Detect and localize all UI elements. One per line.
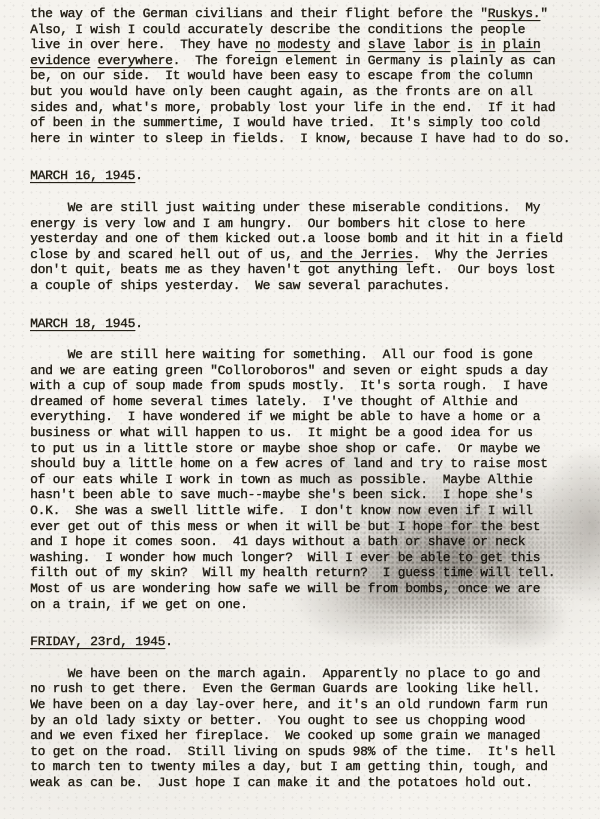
text-line: and we even fixed her fireplace. We cook… [30,728,594,744]
underlined-text: and the Jerries [300,247,413,262]
text-segment: and we are eating green "Colloroboros" a… [30,363,548,378]
text-segment: don't quit, beats me as they haven't got… [30,262,555,277]
underlined-text: evidence [30,53,90,68]
text-segment: We have been on a day lay-over here, and… [30,697,548,712]
text-line: on a train, if we get on one. [30,597,594,613]
underlined-text: Ruskys. [488,6,541,21]
text-line: hasn't been able to save much--maybe she… [30,487,594,503]
underlined-text: slave [368,37,406,52]
text-segment: of been in the summertime, I would have … [30,115,540,130]
text-line: We are still here waiting for something.… [30,347,594,363]
text-line: filth out of my skin? Will my health ret… [30,565,594,581]
text-segment: and [330,37,368,52]
text-segment: no rush to get there. Even the German Gu… [30,681,540,696]
diary-paragraph: We are still just waiting under these mi… [30,200,594,294]
text-line: by an old lady sixty or better. You ough… [30,713,594,729]
text-line: a couple of ships yesterday. We saw seve… [30,278,594,294]
text-line: the way of the German civilians and thei… [30,6,594,22]
text-segment: . [135,316,143,331]
text-line: weak as can be. Just hope I can make it … [30,775,594,791]
text-segment: weak as can be. Just hope I can make it … [30,775,533,790]
text-line: to march ten to twenty miles a day, but … [30,759,594,775]
text-segment: hasn't been able to save much--maybe she… [30,487,533,502]
text-segment: by an old lady sixty or better. You ough… [30,713,525,728]
diary-paragraph: We are still here waiting for something.… [30,347,594,612]
text-segment: on a train, if we get on one. [30,597,248,612]
text-line: energy is very low and I am hungry. Our … [30,216,594,232]
text-line: dreamed of home several times lately. I'… [30,394,594,410]
text-segment: with a cup of soup made from spuds mostl… [30,378,548,393]
text-line: and we are eating green "Colloroboros" a… [30,363,594,379]
text-segment: business or what will happen to us. It m… [30,425,533,440]
text-segment: and we even fixed her fireplace. We cook… [30,728,540,743]
text-segment: of our eats while I work in town as much… [30,472,533,487]
text-segment: live in over here. They have [30,37,255,52]
text-line: here in winter to sleep in fields. I kno… [30,131,594,147]
text-segment: and I hope it comes soon. 41 days withou… [30,534,525,549]
underlined-text: is [458,37,473,52]
text-segment [270,37,278,52]
underlined-text: MARCH 18, 1945 [30,316,135,331]
text-segment: close by and scared hell out of us, [30,247,300,262]
text-line: everything. I have wondered if we might … [30,409,594,425]
text-segment: Also, I wish I could accurately describe… [30,22,525,37]
text-segment: ever get out of this mess or when it wil… [30,519,540,534]
text-segment: . [135,168,143,183]
text-line: ever get out of this mess or when it wil… [30,519,594,535]
text-line: FRIDAY, 23rd, 1945. [30,634,594,650]
text-line: MARCH 16, 1945. [30,168,594,184]
text-line: close by and scared hell out of us, and … [30,247,594,263]
text-segment: here in winter to sleep in fields. I kno… [30,131,570,146]
text-line: be, on our side. It would have been easy… [30,68,594,84]
text-line: and I hope it comes soon. 41 days withou… [30,534,594,550]
text-segment: energy is very low and I am hungry. Our … [30,216,525,231]
document-page: the way of the German civilians and thei… [0,0,600,819]
text-line: MARCH 18, 1945. [30,316,594,332]
text-line: of our eats while I work in town as much… [30,472,594,488]
text-segment: . The foreign element in Germany is plai… [173,53,556,68]
text-line: to get on the road. Still living on spud… [30,744,594,760]
text-segment: filth out of my skin? Will my health ret… [30,565,555,580]
underlined-text: in [480,37,495,52]
text-line: Most of us are wondering how safe we wil… [30,581,594,597]
text-segment: be, on our side. It would have been easy… [30,68,533,83]
text-segment: " [540,6,548,21]
underlined-text: FRIDAY, 23rd, 1945 [30,634,165,649]
text-segment: should buy a little home on a few acres … [30,456,548,471]
text-segment: dreamed of home several times lately. I'… [30,394,518,409]
text-line: business or what will happen to us. It m… [30,425,594,441]
text-segment: to get on the road. Still living on spud… [30,744,555,759]
underlined-text: labor [413,37,451,52]
text-line: sides and, what's more, probably lost yo… [30,100,594,116]
underlined-text: MARCH 16, 1945 [30,168,135,183]
text-segment: everything. I have wondered if we might … [30,409,540,424]
text-line: to put us in a little store or maybe sho… [30,441,594,457]
text-segment: but you would have only been caught agai… [30,84,533,99]
text-segment: We have been on the march again. Apparen… [30,666,540,681]
text-line: live in over here. They have no modesty … [30,37,594,53]
text-segment [495,37,503,52]
text-line: We have been on a day lay-over here, and… [30,697,594,713]
text-segment: . Why the Jerries [413,247,548,262]
text-line: Also, I wish I could accurately describe… [30,22,594,38]
text-line: of been in the summertime, I would have … [30,115,594,131]
text-segment [90,53,98,68]
text-segment: Most of us are wondering how safe we wil… [30,581,540,596]
text-segment: We are still just waiting under these mi… [30,200,540,215]
entry-date-heading: MARCH 18, 1945. [30,316,594,332]
text-line: yesterday and one of them kicked out.a l… [30,231,594,247]
text-segment: O.K. She was a swell little wife. I don'… [30,503,533,518]
diary-paragraph: We have been on the march again. Apparen… [30,666,594,791]
entry-date-heading: MARCH 16, 1945. [30,168,594,184]
text-segment: washing. I wonder how much longer? Will … [30,550,540,565]
text-segment: We are still here waiting for something.… [30,347,533,362]
text-line: washing. I wonder how much longer? Will … [30,550,594,566]
text-segment: to put us in a little store or maybe sho… [30,441,540,456]
text-line: should buy a little home on a few acres … [30,456,594,472]
diary-paragraph: the way of the German civilians and thei… [30,6,594,146]
text-line: but you would have only been caught agai… [30,84,594,100]
underlined-text: plain [503,37,541,52]
text-line: no rush to get there. Even the German Gu… [30,681,594,697]
text-line: evidence everywhere. The foreign element… [30,53,594,69]
diary-text: the way of the German civilians and thei… [30,6,594,791]
underlined-text: no [255,37,270,52]
text-line: We are still just waiting under these mi… [30,200,594,216]
text-line: We have been on the march again. Apparen… [30,666,594,682]
text-segment [450,37,458,52]
underlined-text: modesty [278,37,331,52]
text-segment: a couple of ships yesterday. We saw seve… [30,278,450,293]
text-segment: sides and, what's more, probably lost yo… [30,100,555,115]
text-line: don't quit, beats me as they haven't got… [30,262,594,278]
text-segment: . [165,634,173,649]
text-segment: to march ten to twenty miles a day, but … [30,759,548,774]
text-segment: the way of the German civilians and thei… [30,6,488,21]
text-line: O.K. She was a swell little wife. I don'… [30,503,594,519]
text-line: with a cup of soup made from spuds mostl… [30,378,594,394]
text-segment: yesterday and one of them kicked out.a l… [30,231,563,246]
underlined-text: everywhere [98,53,173,68]
entry-date-heading: FRIDAY, 23rd, 1945. [30,634,594,650]
text-segment [405,37,413,52]
